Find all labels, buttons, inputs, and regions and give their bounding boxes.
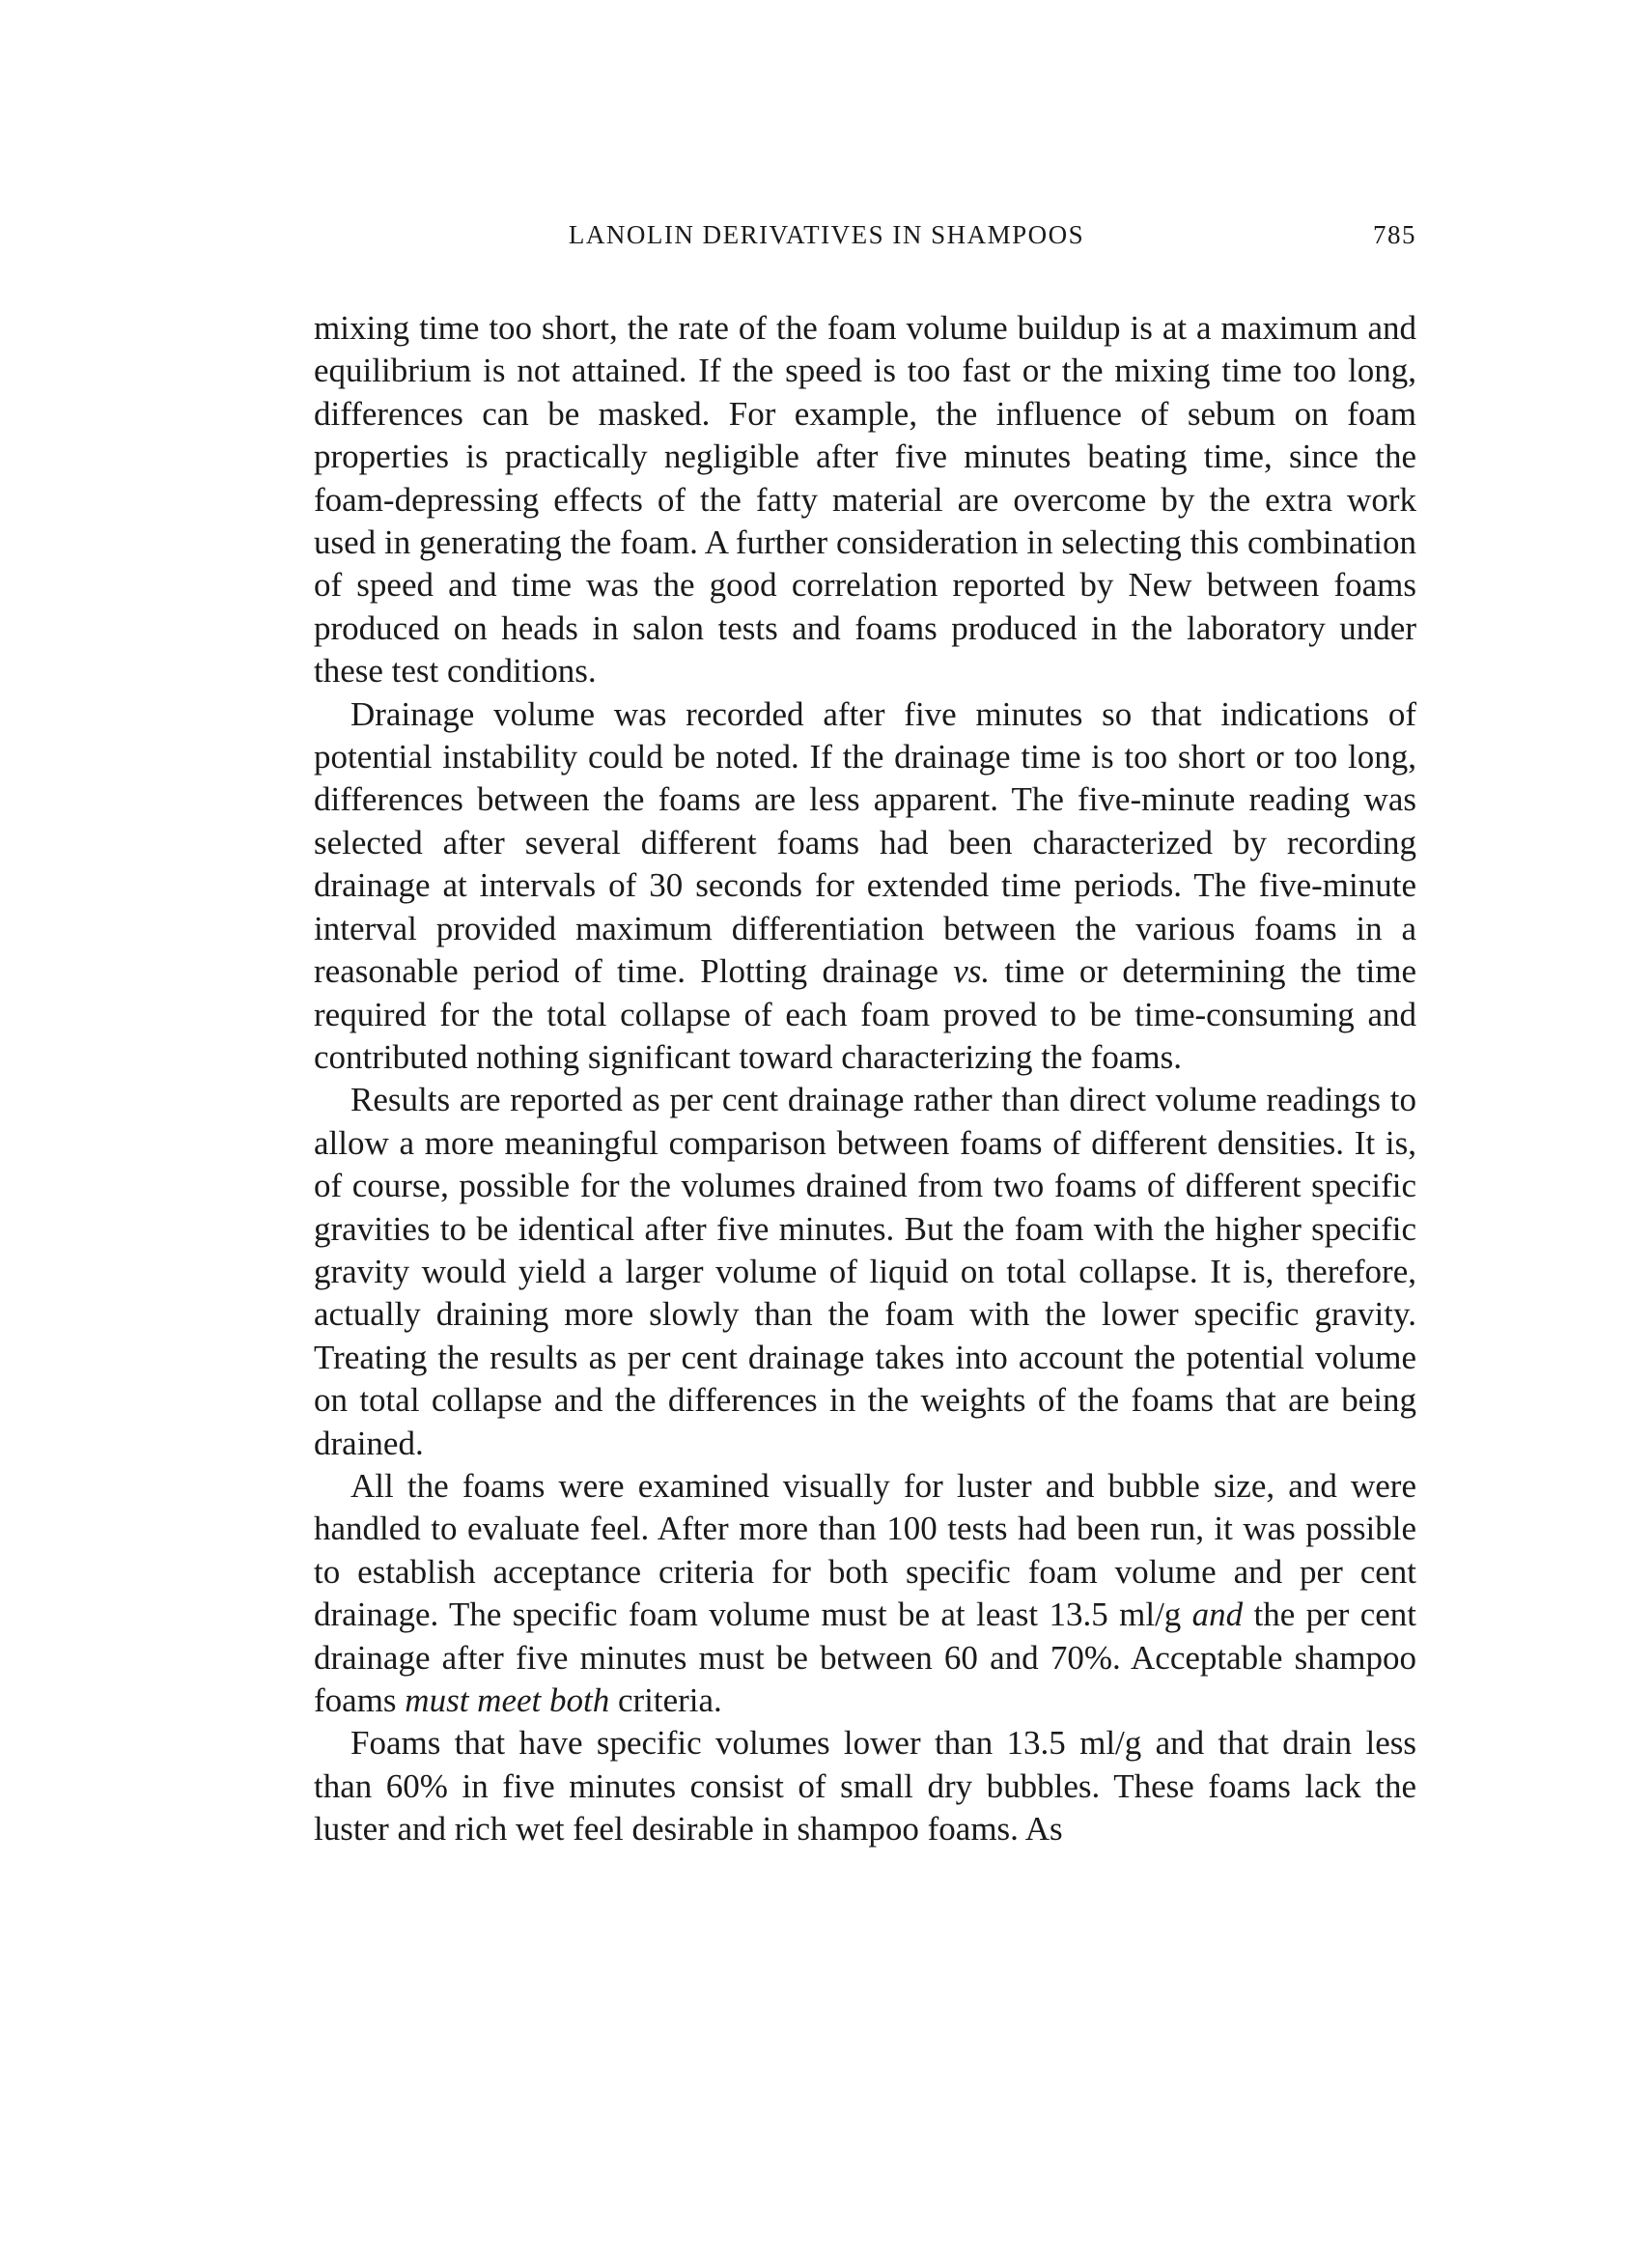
running-title: LANOLIN DERIVATIVES IN SHAMPOOS [314,220,1416,250]
running-head: LANOLIN DERIVATIVES IN SHAMPOOS 785 [314,211,1416,268]
body-text: mixing time too short, the rate of the f… [314,307,1416,1851]
paragraph-2: Drainage volume was recorded after five … [314,693,1416,1080]
page-number: 785 [1373,220,1416,250]
paragraph-4: All the foams were examined visually for… [314,1465,1416,1722]
paragraph-4-text-c: criteria. [609,1681,722,1719]
paragraph-1: mixing time too short, the rate of the f… [314,307,1416,693]
document-page: LANOLIN DERIVATIVES IN SHAMPOOS 785 mixi… [314,211,1416,1851]
paragraph-4-italic-and: and [1192,1595,1244,1633]
paragraph-2-italic-vs: vs. [953,952,990,990]
paragraph-3: Results are reported as per cent drainag… [314,1079,1416,1465]
paragraph-5: Foams that have specific volumes lower t… [314,1722,1416,1850]
paragraph-4-italic-must-meet-both: must meet both [405,1681,609,1719]
paragraph-2-text-a: Drainage volume was recorded after five … [314,695,1416,990]
